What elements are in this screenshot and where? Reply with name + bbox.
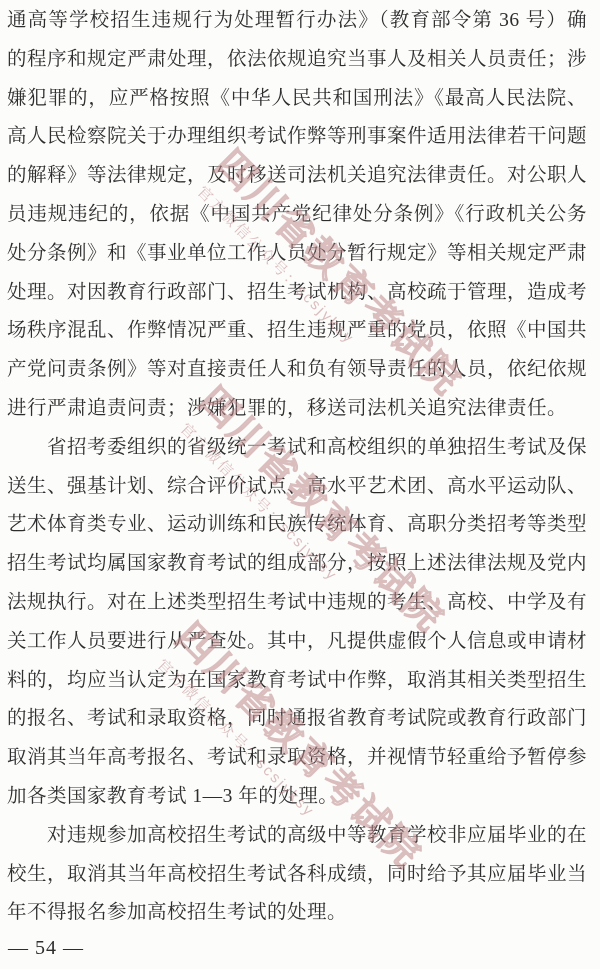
- text-line: 产党问责条例》等对直接责任人和负有领导责任的人员，依纪依规: [7, 351, 587, 390]
- text-line: 的程序和规定严肃处理，依法依规追究当事人及相关人员责任；涉: [7, 41, 587, 80]
- text-line: 高人民检察院关于办理组织考试作弊等刑事案件适用法律若干问题: [7, 118, 587, 157]
- text-line: 的解释》等法律规定，及时移送司法机关追究法律责任。对公职人: [7, 157, 587, 196]
- text-line: 招生考试均属国家教育考试的组成部分，按照上述法律法规及党内: [7, 545, 587, 584]
- document-page: 通高等学校招生违规行为处理暂行办法》（教育部令第 36 号）确定的程序和规定严肃…: [0, 0, 600, 969]
- text-line: 的报名、考试和录取资格，同时通报省教育考试院或教育行政部门: [7, 700, 587, 739]
- text-line: 年不得报名参加高校招生考试的处理。: [7, 894, 587, 933]
- text-line: 校生，取消其当年高校招生考试各科成绩，同时给予其应届毕业当: [7, 856, 587, 895]
- text-line: 关工作人员要进行从严查处。其中，凡提供虚假个人信息或申请材: [7, 623, 587, 662]
- text-line: 法规执行。对在上述类型招生考试中违规的考生、高校、中学及有: [7, 584, 587, 623]
- text-line: 场秩序混乱、作弊情况严重、招生违规严重的党员，依照《中国共: [7, 312, 587, 351]
- text-line: 艺术体育类专业、运动训练和民族传统体育、高职分类招考等类型: [7, 506, 587, 545]
- text-line: 对违规参加高校招生考试的高级中等教育学校非应届毕业的在: [7, 817, 587, 856]
- text-line: 通高等学校招生违规行为处理暂行办法》（教育部令第 36 号）确定: [7, 2, 587, 41]
- text-line: 送生、强基计划、综合评价试点、高水平艺术团、高水平运动队、: [7, 468, 587, 507]
- document-text-block: 通高等学校招生违规行为处理暂行办法》（教育部令第 36 号）确定的程序和规定严肃…: [7, 2, 587, 933]
- text-line: 员违规违纪的，依据《中国共产党纪律处分条例》《行政机关公务员: [7, 196, 587, 235]
- text-line: 嫌犯罪的，应严格按照《中华人民共和国刑法》《最高人民法院、最: [7, 80, 587, 119]
- text-line: 加各类国家教育考试 1—3 年的处理。: [7, 778, 587, 817]
- text-line: 取消其当年高考报名、考试和录取资格，并视情节轻重给予暂停参: [7, 739, 587, 778]
- text-line: 省招考委组织的省级统一考试和高校组织的单独招生考试及保: [7, 429, 587, 468]
- text-line: 料的，均应当认定为在国家教育考试中作弊，取消其相关类型招生: [7, 662, 587, 701]
- text-line: 处分条例》和《事业单位工作人员处分暂行规定》等相关规定严肃: [7, 235, 587, 274]
- page-number: — 54 —: [8, 936, 84, 960]
- text-line: 进行严肃追责问责；涉嫌犯罪的，移送司法机关追究法律责任。: [7, 390, 587, 429]
- text-line: 处理。对因教育行政部门、招生考试机构、高校疏于管理，造成考: [7, 274, 587, 313]
